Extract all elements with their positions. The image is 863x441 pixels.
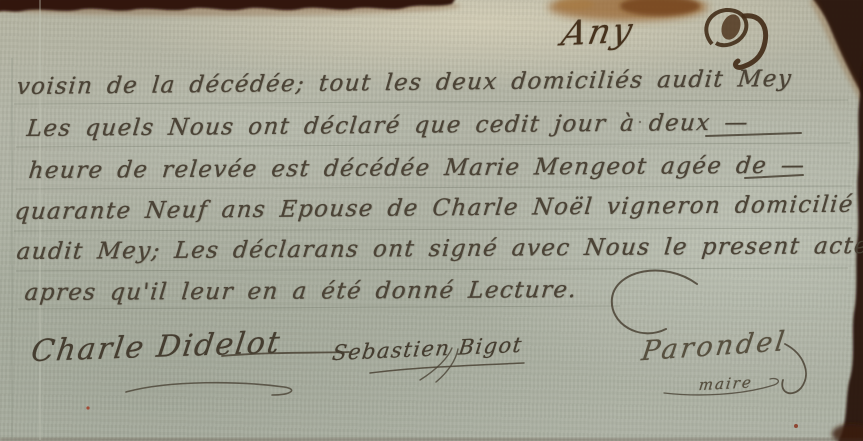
- didelot-underswirl: [126, 383, 292, 395]
- red-speck-left: [86, 406, 89, 409]
- text-line-6: apres qu'il leur en a été donné Lecture.: [23, 277, 578, 306]
- signature-mayor-title: maire: [698, 373, 754, 394]
- red-speck-right: [794, 424, 798, 428]
- header-annotation: Any: [558, 10, 637, 54]
- maire-capital-loop: [612, 270, 697, 333]
- manuscript-scan: Any voisin de la décédée; tout les deux …: [0, 0, 863, 441]
- header-paraph-flourish: [706, 10, 765, 68]
- text-line-3: heure de relevée est décédée Marie Menge…: [27, 153, 806, 184]
